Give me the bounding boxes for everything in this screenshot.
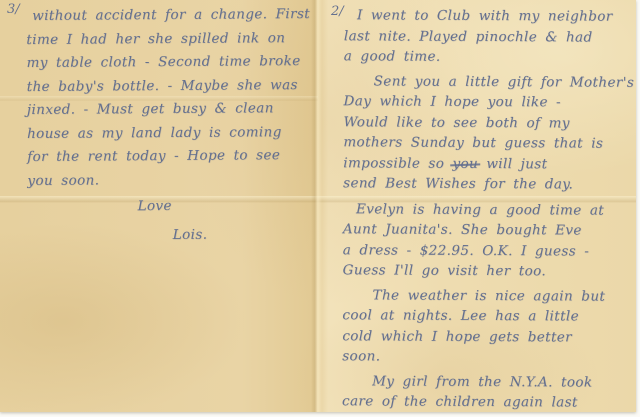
strike-before-text: impossible so — [343, 155, 452, 172]
handwritten-line: a good time. — [344, 46, 635, 68]
handwritten-line: Day which I hope you like - — [344, 91, 635, 113]
handwritten-line: soon. — [342, 346, 633, 368]
closing-word: Love — [137, 194, 311, 219]
signature: Lois. — [173, 223, 312, 247]
handwritten-line: house as my land lady is coming — [27, 121, 311, 146]
page-number-right: 2/ — [331, 4, 344, 19]
handwritten-line: Aunt Juanita's. She bought Eve — [343, 219, 634, 241]
handwritten-line: the baby's bottle. - Maybe she was — [27, 74, 311, 99]
letter-page-left: 3/ without accident for a change. First … — [0, 0, 318, 412]
handwritten-line: mothers Sunday but guess that is — [343, 132, 634, 154]
struck-word: you — [452, 155, 478, 171]
handwritten-line: my table cloth - Second time broke — [26, 50, 310, 75]
handwritten-line: The weather is nice again but — [343, 285, 634, 307]
handwritten-line: Would like to see both of my — [343, 112, 634, 134]
handwritten-line: last nite. Played pinochle & had — [344, 26, 635, 48]
handwritten-line: Evelyn is having a good time at — [343, 199, 634, 221]
handwritten-line: jinxed. - Must get busy & clean — [27, 97, 311, 122]
handwritten-line-with-strikethrough: impossible so you will just — [343, 153, 634, 175]
handwritten-line: care of the children again last — [342, 391, 633, 413]
left-page-text-block: without accident for a change. First tim… — [26, 3, 312, 248]
handwritten-line: Sent you a little gift for Mother's — [344, 71, 635, 93]
handwritten-line: Guess I'll go visit her too. — [343, 260, 634, 282]
letter-paper: 3/ without accident for a change. First … — [0, 0, 636, 412]
handwritten-line: without accident for a change. First — [26, 3, 310, 28]
right-page-text-block: I went to Club with my neighbor last nit… — [342, 5, 635, 417]
page-number-left: 3/ — [7, 2, 20, 17]
handwritten-line: cool at nights. Lee has a little — [342, 305, 633, 327]
handwritten-line: I went to Club with my neighbor — [344, 5, 635, 27]
paragraph-club-night: I went to Club with my neighbor last nit… — [344, 5, 635, 68]
handwritten-line: send Best Wishes for the day. — [343, 173, 634, 195]
handwritten-line: time I had her she spilled ink on — [26, 27, 310, 52]
paragraph-mothers-day-gift: Sent you a little gift for Mother's Day … — [343, 71, 634, 196]
paragraph-nya-girl: My girl from the N.Y.A. took care of the… — [342, 371, 633, 414]
letter-page-right: 2/ I went to Club with my neighbor last … — [318, 0, 636, 412]
paragraph-weather: The weather is nice again but cool at ni… — [342, 285, 633, 369]
letter-closing: Love Lois. — [27, 194, 311, 248]
handwritten-line: a dress - $22.95. O.K. I guess - — [343, 240, 634, 262]
handwritten-line: My girl from the N.Y.A. took — [342, 371, 633, 393]
letter-scan: 3/ without accident for a change. First … — [0, 0, 640, 417]
handwritten-line: for the rent today - Hope to see — [27, 144, 311, 169]
handwritten-line: cold which I hope gets better — [342, 326, 633, 348]
paragraph-evelyn: Evelyn is having a good time at Aunt Jua… — [343, 199, 634, 283]
handwritten-line: you soon. — [27, 168, 311, 193]
strike-after-text: will just — [478, 155, 547, 171]
